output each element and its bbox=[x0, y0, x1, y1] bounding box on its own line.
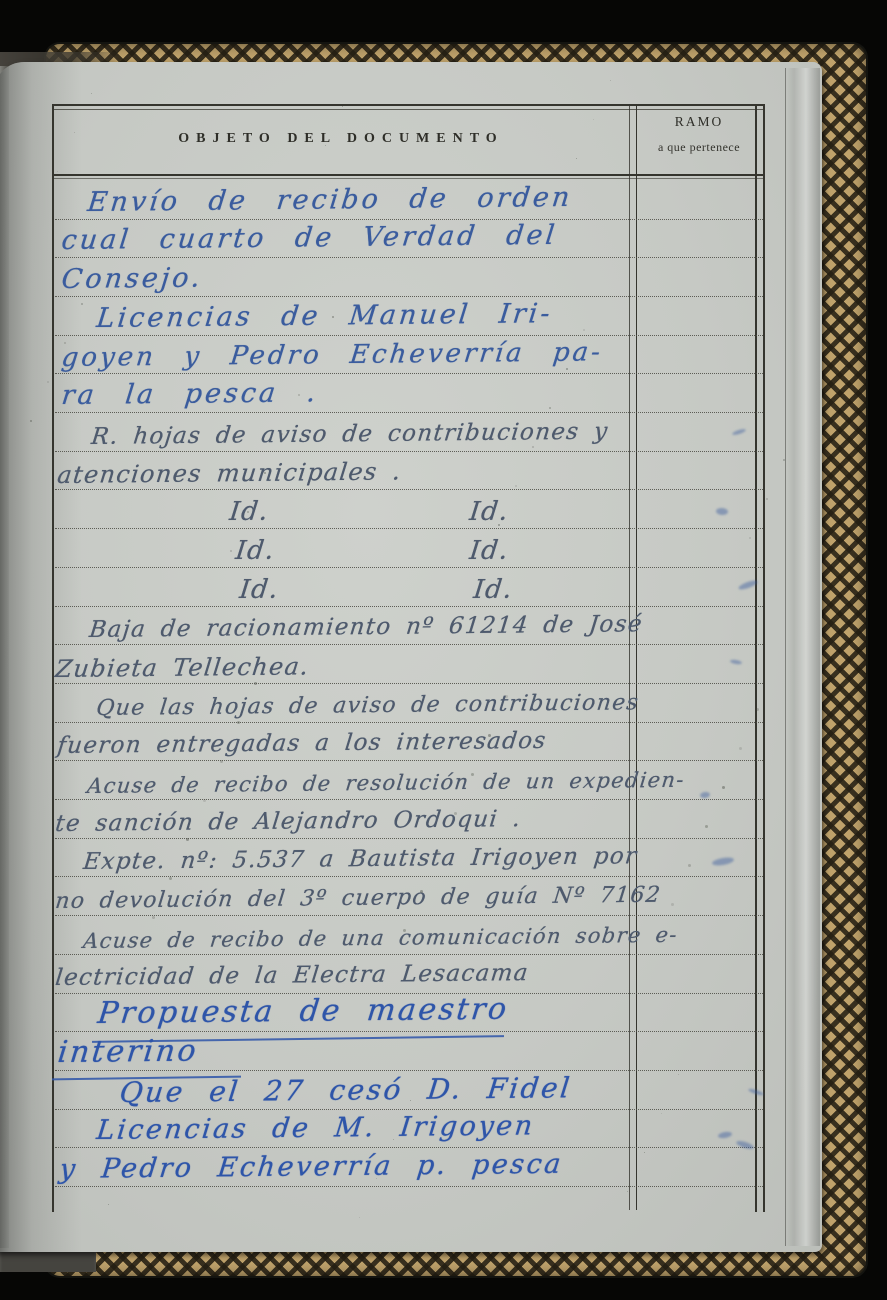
handwritten-line: Envío de recibo de orden bbox=[86, 182, 574, 218]
paper-speck bbox=[671, 903, 674, 906]
handwritten-line: goyen y Pedro Echeverría pa- bbox=[60, 337, 605, 373]
paper-speck bbox=[705, 825, 708, 828]
paper-speck bbox=[756, 708, 759, 711]
table-top-border-inner bbox=[52, 109, 765, 110]
scanned-register-photo: OBJETO DEL DOCUMENTO RAMO a que pertenec… bbox=[0, 0, 887, 1300]
paper-speck bbox=[47, 381, 49, 383]
ruled-line bbox=[55, 1031, 763, 1032]
ruled-line bbox=[55, 451, 763, 452]
paper-speck bbox=[152, 916, 155, 919]
handwritten-line: ra la pesca . bbox=[60, 377, 320, 411]
ruled-line bbox=[55, 838, 763, 839]
paper-speck bbox=[247, 511, 249, 513]
paper-speck bbox=[393, 1139, 394, 1140]
paper-speck bbox=[376, 1178, 377, 1179]
paper-speck bbox=[254, 682, 257, 685]
paper-speck bbox=[30, 420, 32, 422]
paper-speck bbox=[739, 747, 742, 750]
paper-speck bbox=[403, 929, 406, 932]
ruled-line bbox=[55, 219, 763, 220]
ruled-line bbox=[55, 567, 763, 568]
paper-speck bbox=[420, 890, 423, 893]
handwritten-line: R. hojas de aviso de contribuciones y bbox=[90, 418, 610, 449]
paper-speck bbox=[230, 550, 232, 552]
ruled-line bbox=[55, 1186, 763, 1187]
paper-speck bbox=[437, 851, 440, 854]
handwritten-line: Consejo. bbox=[60, 263, 205, 295]
paper-speck bbox=[281, 433, 283, 435]
paper-speck bbox=[454, 812, 457, 815]
paper-speck bbox=[488, 734, 491, 737]
underlying-page-edges bbox=[785, 68, 820, 1246]
paper-speck bbox=[298, 394, 300, 396]
ruled-line bbox=[55, 373, 763, 374]
paper-speck bbox=[678, 1074, 679, 1075]
paper-speck bbox=[159, 1087, 160, 1088]
paper-speck bbox=[325, 145, 326, 146]
handwritten-line: Licencias de M. Irigoyen bbox=[95, 1111, 536, 1147]
paper-speck bbox=[237, 721, 240, 724]
handwritten-line: Id. bbox=[468, 536, 511, 566]
handwritten-line: Id. bbox=[234, 536, 277, 566]
ruled-line bbox=[55, 799, 763, 800]
paper-speck bbox=[532, 446, 534, 448]
column-header-objeto: OBJETO DEL DOCUMENTO bbox=[52, 131, 630, 147]
handwritten-line: Zubieta Tellechea. bbox=[54, 652, 311, 683]
paper-speck bbox=[410, 1100, 411, 1101]
handwritten-line: Id. bbox=[468, 497, 511, 527]
paper-speck bbox=[627, 1191, 628, 1192]
paper-speck bbox=[688, 864, 691, 867]
ruled-line bbox=[55, 335, 763, 336]
paper-speck bbox=[515, 485, 517, 487]
paper-speck bbox=[57, 171, 58, 172]
table-top-border bbox=[52, 104, 765, 106]
ruled-line bbox=[55, 296, 763, 297]
column-header-ramo-subtitle: a que pertenece bbox=[630, 140, 768, 155]
paper-speck bbox=[498, 524, 500, 526]
paper-speck bbox=[593, 119, 594, 120]
paper-speck bbox=[610, 80, 611, 81]
paper-speck bbox=[766, 498, 768, 500]
handwritten-line: Que las hojas de aviso de contribuciones bbox=[95, 690, 641, 721]
handwritten-line: interino bbox=[56, 1033, 200, 1069]
paper-speck bbox=[359, 1217, 360, 1218]
header-separator-inner bbox=[52, 178, 765, 179]
table-left-border bbox=[52, 104, 54, 1212]
paper-speck bbox=[203, 799, 206, 802]
paper-speck bbox=[722, 786, 725, 789]
handwritten-line: cual cuarto de Verdad del bbox=[60, 220, 559, 256]
ruled-line bbox=[55, 528, 763, 529]
ruled-line bbox=[55, 876, 763, 877]
paper-speck bbox=[661, 1113, 662, 1114]
table-right-border-inner bbox=[755, 104, 757, 1212]
paper-speck bbox=[332, 316, 334, 318]
ruled-line bbox=[55, 683, 763, 684]
paper-speck bbox=[342, 106, 343, 107]
paper-speck bbox=[108, 1204, 109, 1205]
ruled-line bbox=[55, 644, 763, 645]
paper-speck bbox=[315, 355, 317, 357]
paper-speck bbox=[186, 838, 189, 841]
paper-speck bbox=[549, 407, 551, 409]
handwritten-line: fueron entregadas a los interesados bbox=[56, 728, 548, 759]
paper-speck bbox=[125, 1165, 126, 1166]
handwritten-line: Propuesta de maestro bbox=[96, 992, 511, 1031]
handwritten-line: lectricidad de la Electra Lesacama bbox=[54, 960, 530, 991]
ruled-line bbox=[55, 915, 763, 916]
ruled-line bbox=[55, 257, 763, 258]
paper-speck bbox=[264, 472, 266, 474]
ruled-line bbox=[55, 1109, 763, 1110]
ruled-line bbox=[55, 722, 763, 723]
paper-speck bbox=[220, 760, 223, 763]
handwritten-line: Id. bbox=[472, 574, 515, 604]
column-header-ramo: RAMO bbox=[636, 114, 762, 130]
paper-speck bbox=[91, 93, 92, 94]
paper-speck bbox=[505, 695, 508, 698]
ruled-line bbox=[55, 1070, 763, 1071]
column-divider-inner bbox=[636, 104, 638, 1210]
paper-speck bbox=[783, 459, 785, 461]
handwritten-line: Licencias de Manuel Iri- bbox=[95, 298, 554, 334]
paper-speck bbox=[576, 158, 577, 159]
handwritten-line: te sanción de Alejandro Ordoqui . bbox=[54, 806, 523, 837]
paper-speck bbox=[74, 132, 75, 133]
paper-speck bbox=[142, 1126, 143, 1127]
paper-speck bbox=[64, 342, 66, 344]
paper-speck bbox=[169, 877, 172, 880]
handwritten-line: Id. bbox=[228, 497, 271, 527]
ruled-line bbox=[55, 954, 763, 955]
ruled-line bbox=[55, 760, 763, 761]
header-separator bbox=[52, 174, 765, 176]
column-divider-outer bbox=[629, 104, 630, 1210]
table-right-border-outer bbox=[763, 104, 765, 1212]
paper-speck bbox=[749, 537, 751, 539]
handwritten-line: y Pedro Echeverría p. pesca bbox=[58, 1149, 565, 1185]
handwritten-line: Id. bbox=[238, 574, 281, 604]
paper-speck bbox=[583, 329, 585, 331]
ruled-line bbox=[55, 1147, 763, 1148]
handwritten-line: atenciones municipales . bbox=[56, 457, 403, 489]
handwritten-line: Que el 27 cesó D. Fidel bbox=[118, 1071, 574, 1109]
paper-speck bbox=[471, 773, 474, 776]
paper-speck bbox=[644, 1152, 645, 1153]
paper-speck bbox=[566, 368, 568, 370]
ruled-line bbox=[55, 412, 763, 413]
ruled-line bbox=[55, 489, 763, 490]
ruled-line bbox=[55, 606, 763, 607]
paper-speck bbox=[81, 303, 83, 305]
